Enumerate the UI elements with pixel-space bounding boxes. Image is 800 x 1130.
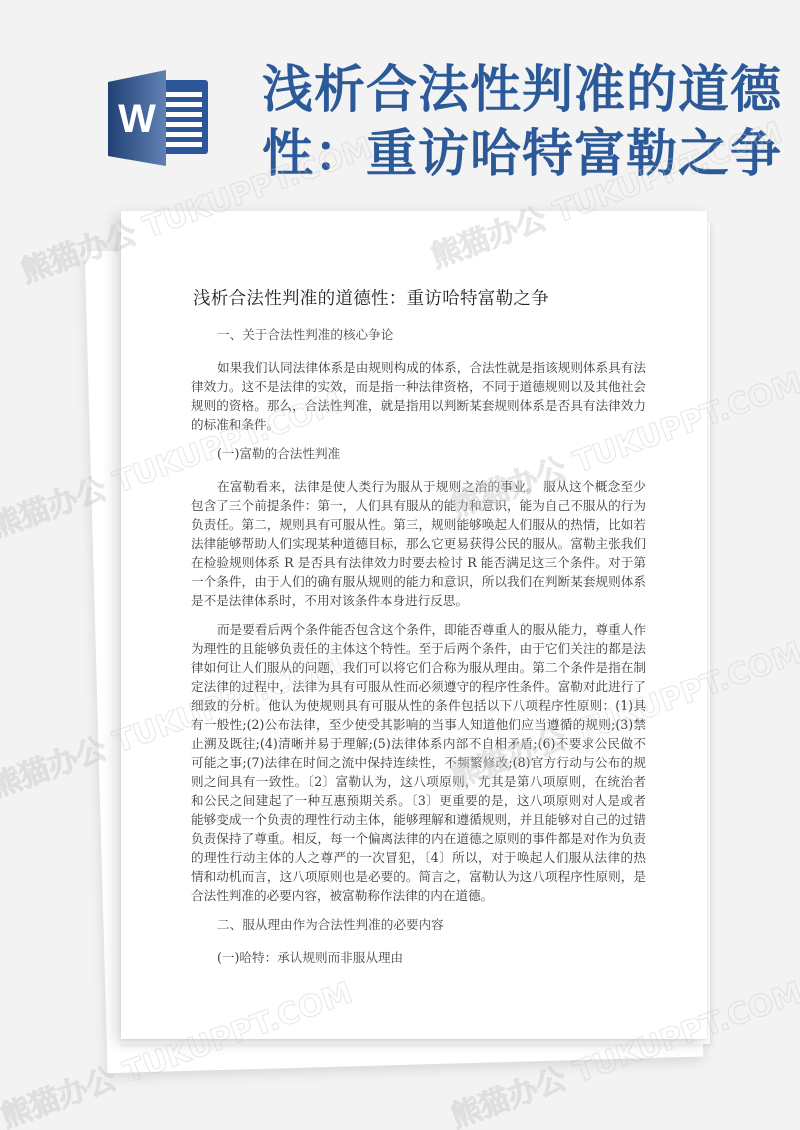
word-document-icon: W: [108, 70, 212, 166]
document-title: 浅析合法性判准的道德性：重访哈特富勒之争: [193, 285, 549, 310]
paragraph-3: 而是要看后两个条件能否包含这个条件，即能否尊重人的服从能力，尊重人作为理性的且能…: [191, 620, 646, 905]
document-page: 浅析合法性判准的道德性：重访哈特富勒之争 一、关于合法性判准的核心争论 如果我们…: [121, 211, 707, 1039]
subsection-heading-1: (一)富勒的合法性判准: [191, 444, 646, 463]
subsection-heading-2: (一)哈特：承认规则而非服从理由: [191, 948, 646, 967]
header-banner: W 浅析合法性判准的道德 性：重访哈特富勒之争: [0, 0, 800, 200]
header-title-line1: 浅析合法性判准的道德: [262, 58, 732, 122]
section-heading-2: 二、服从理由作为合法性判准的必要内容: [191, 915, 646, 934]
document-body: 一、关于合法性判准的核心争论 如果我们认同法律体系是由规则构成的体系，合法性就是…: [191, 325, 646, 981]
section-heading-1: 一、关于合法性判准的核心争论: [191, 325, 646, 344]
paragraph-2: 在富勒看来，法律是使人类行为服从于规则之治的事业。 服从这个概念至少包含了三个前…: [191, 477, 646, 610]
paragraph-1: 如果我们认同法律体系是由规则构成的体系，合法性就是指该规则体系具有法律效力。这不…: [191, 358, 646, 434]
header-title-line2: 性：重访哈特富勒之争: [262, 122, 732, 186]
svg-text:W: W: [118, 97, 156, 141]
header-title: 浅析合法性判准的道德 性：重访哈特富勒之争: [262, 58, 732, 186]
